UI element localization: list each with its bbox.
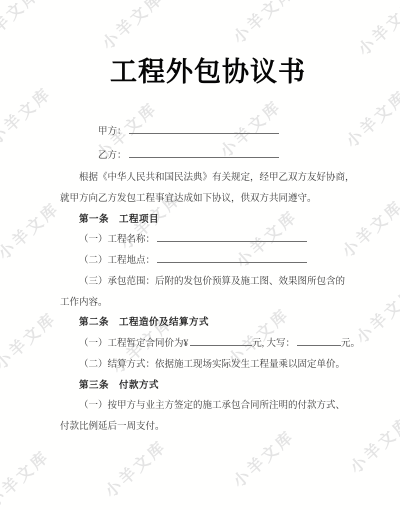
contract-scope-line-1: （三）承包范围：后附的发包价预算及施工图、效果图所包含的	[60, 272, 356, 293]
contract-price-label: （一）工程暂定合同价为¥	[79, 339, 188, 349]
payment-terms-line-1: （一）按甲方与业主方签定的施工承包合同所注明的付款方式、	[60, 396, 356, 417]
contract-document-page: 小羊文库小羊文库小羊文库小羊文库小羊文库小羊文库小羊文库小羊文库小羊文库小羊文库…	[0, 0, 400, 510]
contract-scope-line-2: 工作内容。	[60, 293, 356, 314]
document-body: 根据《中华人民共和国民法典》有关规定，经甲乙双方友好协商， 就甲方向乙方发包工程…	[60, 168, 356, 438]
party-a-blank-field	[129, 124, 279, 134]
parties-block: 甲方： 乙方：	[60, 120, 356, 168]
watermark-text: 小羊文库	[0, 306, 61, 374]
intro-line-1: 根据《中华人民共和国民法典》有关规定，经甲乙双方友好协商，	[60, 168, 356, 189]
watermark-text: 小羊文库	[0, 0, 44, 50]
party-b-line: 乙方：	[98, 144, 356, 168]
project-name-blank-field	[157, 232, 307, 242]
payment-terms-line-2: 付款比例延后一周支付。	[60, 417, 356, 438]
project-location-line: （二）工程地点：	[60, 251, 356, 272]
watermark-text: 小羊文库	[0, 81, 56, 149]
party-b-label: 乙方：	[98, 151, 127, 161]
contract-price-caps-label: 元, 大写：	[252, 339, 295, 349]
intro-line-2: 就甲方向乙方发包工程事宜达成如下协议，供双方共同遵守。	[60, 189, 356, 210]
contract-price-caps-blank-field	[297, 336, 341, 346]
watermark-text: 小羊文库	[99, 434, 171, 502]
section3-heading: 第三条 付款方式	[60, 376, 356, 397]
document-title: 工程外包协议书	[60, 58, 356, 88]
section2-heading: 第二条 工程造价及结算方式	[60, 313, 356, 334]
party-b-blank-field	[129, 148, 279, 158]
document-content: 工程外包协议书 甲方： 乙方： 根据《中华人民共和国民法典》有关规定，经甲乙双方…	[60, 0, 356, 438]
party-a-label: 甲方：	[98, 127, 127, 137]
contract-price-line: （一）工程暂定合同价为¥元, 大写：元。	[60, 334, 356, 355]
section1-heading: 第一条 工程项目	[60, 210, 356, 231]
watermark-text: 小羊文库	[0, 196, 64, 264]
watermark-text: 小羊文库	[352, 0, 400, 60]
project-name-label: （一）工程名称：	[79, 235, 155, 245]
project-location-label: （二）工程地点：	[79, 256, 155, 266]
contract-price-blank-field	[190, 336, 252, 346]
project-location-blank-field	[157, 253, 307, 263]
watermark-text: 小羊文库	[0, 444, 54, 510]
project-name-line: （一）工程名称：	[60, 230, 356, 251]
settlement-method-line: （二）结算方式：依据施工现场实际发生工程量乘以固定单价。	[60, 355, 356, 376]
contract-price-unit-label: 元。	[341, 339, 360, 349]
party-a-line: 甲方：	[98, 120, 356, 144]
